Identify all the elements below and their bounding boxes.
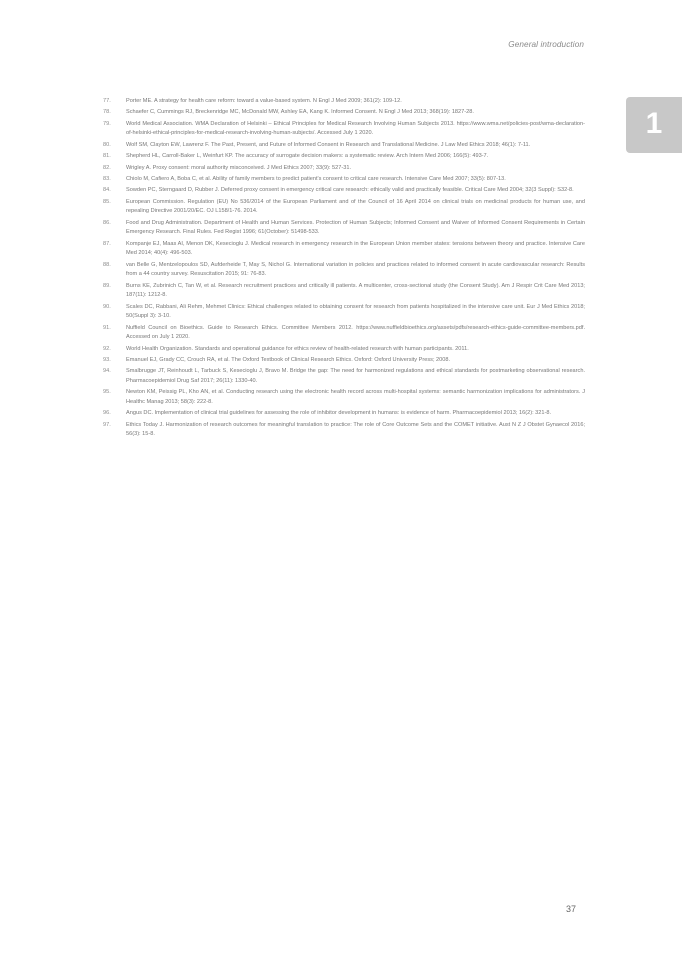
reference-item: 81.Shepherd HL, Carroll-Baker L, Weinfur… xyxy=(103,152,585,162)
reference-item: 79.World Medical Association. WMA Declar… xyxy=(103,120,585,139)
reference-item: 96.Angus DC. Implementation of clinical … xyxy=(103,409,585,419)
reference-text: van Belle G, Mentzelopoulos SD, Aufderhe… xyxy=(126,261,585,280)
reference-number: 85. xyxy=(103,198,119,208)
running-head: General introduction xyxy=(508,40,584,49)
reference-text: Shepherd HL, Carroll-Baker L, Weinfurt K… xyxy=(126,152,585,162)
reference-item: 97.Ethics Today J. Harmonization of rese… xyxy=(103,421,585,440)
reference-number: 83. xyxy=(103,175,119,185)
reference-number: 94. xyxy=(103,367,119,377)
reference-item: 83.Chiolo M, Cafiero A, Boba C, et al. A… xyxy=(103,175,585,185)
reference-text: Porter ME. A strategy for health care re… xyxy=(126,97,585,107)
reference-number: 92. xyxy=(103,345,119,355)
reference-text: Wolf SM, Clayton EW, Lawrenz F. The Past… xyxy=(126,141,585,151)
reference-number: 80. xyxy=(103,141,119,151)
reference-item: 78.Schaefer C, Cummings RJ, Breckenridge… xyxy=(103,108,585,118)
reference-item: 91.Nuffield Council on Bioethics. Guide … xyxy=(103,324,585,343)
reference-number: 93. xyxy=(103,356,119,366)
reference-item: 88.van Belle G, Mentzelopoulos SD, Aufde… xyxy=(103,261,585,280)
reference-number: 88. xyxy=(103,261,119,271)
reference-number: 96. xyxy=(103,409,119,419)
reference-text: Emanuel EJ, Grady CC, Crouch RA, et al. … xyxy=(126,356,585,366)
reference-item: 89.Burns KE, Zubrinich C, Tan W, et al. … xyxy=(103,282,585,301)
reference-list: 77.Porter ME. A strategy for health care… xyxy=(103,97,585,442)
reference-number: 81. xyxy=(103,152,119,162)
reference-text: Smalbrugge JT, Reinhoudt L, Tarbuck S, K… xyxy=(126,367,585,386)
reference-item: 86.Food and Drug Administration. Departm… xyxy=(103,219,585,238)
reference-item: 84.Sowden PC, Sterngaard D, Rubber J. De… xyxy=(103,186,585,196)
reference-text: Burns KE, Zubrinich C, Tan W, et al. Res… xyxy=(126,282,585,301)
reference-item: 93.Emanuel EJ, Grady CC, Crouch RA, et a… xyxy=(103,356,585,366)
reference-text: Wrigley A. Proxy consent: moral authorit… xyxy=(126,164,585,174)
reference-number: 89. xyxy=(103,282,119,292)
chapter-number: 1 xyxy=(626,107,682,141)
reference-item: 87.Kompanje EJ, Maas AI, Menon DK, Kesec… xyxy=(103,240,585,259)
reference-text: Schaefer C, Cummings RJ, Breckenridge MC… xyxy=(126,108,585,118)
reference-number: 79. xyxy=(103,120,119,130)
reference-item: 77.Porter ME. A strategy for health care… xyxy=(103,97,585,107)
chapter-tab: 1 xyxy=(626,97,682,153)
reference-number: 86. xyxy=(103,219,119,229)
reference-number: 90. xyxy=(103,303,119,313)
reference-text: Ethics Today J. Harmonization of researc… xyxy=(126,421,585,440)
reference-text: Food and Drug Administration. Department… xyxy=(126,219,585,238)
reference-text: Scales DC, Rabbani, Ali Rehm, Mehmet Cli… xyxy=(126,303,585,322)
reference-number: 82. xyxy=(103,164,119,174)
reference-text: World Medical Association. WMA Declarati… xyxy=(126,120,585,139)
reference-item: 85.European Commission. Regulation (EU) … xyxy=(103,198,585,217)
reference-number: 77. xyxy=(103,97,119,107)
reference-text: Chiolo M, Cafiero A, Boba C, et al. Abil… xyxy=(126,175,585,185)
reference-item: 82.Wrigley A. Proxy consent: moral autho… xyxy=(103,164,585,174)
reference-item: 95.Newton KM, Peissig PL, Kho AN, et al.… xyxy=(103,388,585,407)
reference-text: European Commission. Regulation (EU) No … xyxy=(126,198,585,217)
reference-text: Kompanje EJ, Maas AI, Menon DK, Keseciog… xyxy=(126,240,585,259)
page-number: 37 xyxy=(566,904,576,914)
reference-number: 97. xyxy=(103,421,119,431)
reference-item: 92.World Health Organization. Standards … xyxy=(103,345,585,355)
reference-text: Nuffield Council on Bioethics. Guide to … xyxy=(126,324,585,343)
reference-item: 80.Wolf SM, Clayton EW, Lawrenz F. The P… xyxy=(103,141,585,151)
reference-text: Newton KM, Peissig PL, Kho AN, et al. Co… xyxy=(126,388,585,407)
reference-text: World Health Organization. Standards and… xyxy=(126,345,585,355)
reference-text: Sowden PC, Sterngaard D, Rubber J. Defer… xyxy=(126,186,585,196)
reference-number: 91. xyxy=(103,324,119,334)
reference-item: 94.Smalbrugge JT, Reinhoudt L, Tarbuck S… xyxy=(103,367,585,386)
reference-number: 95. xyxy=(103,388,119,398)
reference-item: 90.Scales DC, Rabbani, Ali Rehm, Mehmet … xyxy=(103,303,585,322)
reference-number: 84. xyxy=(103,186,119,196)
reference-text: Angus DC. Implementation of clinical tri… xyxy=(126,409,585,419)
reference-number: 78. xyxy=(103,108,119,118)
reference-number: 87. xyxy=(103,240,119,250)
